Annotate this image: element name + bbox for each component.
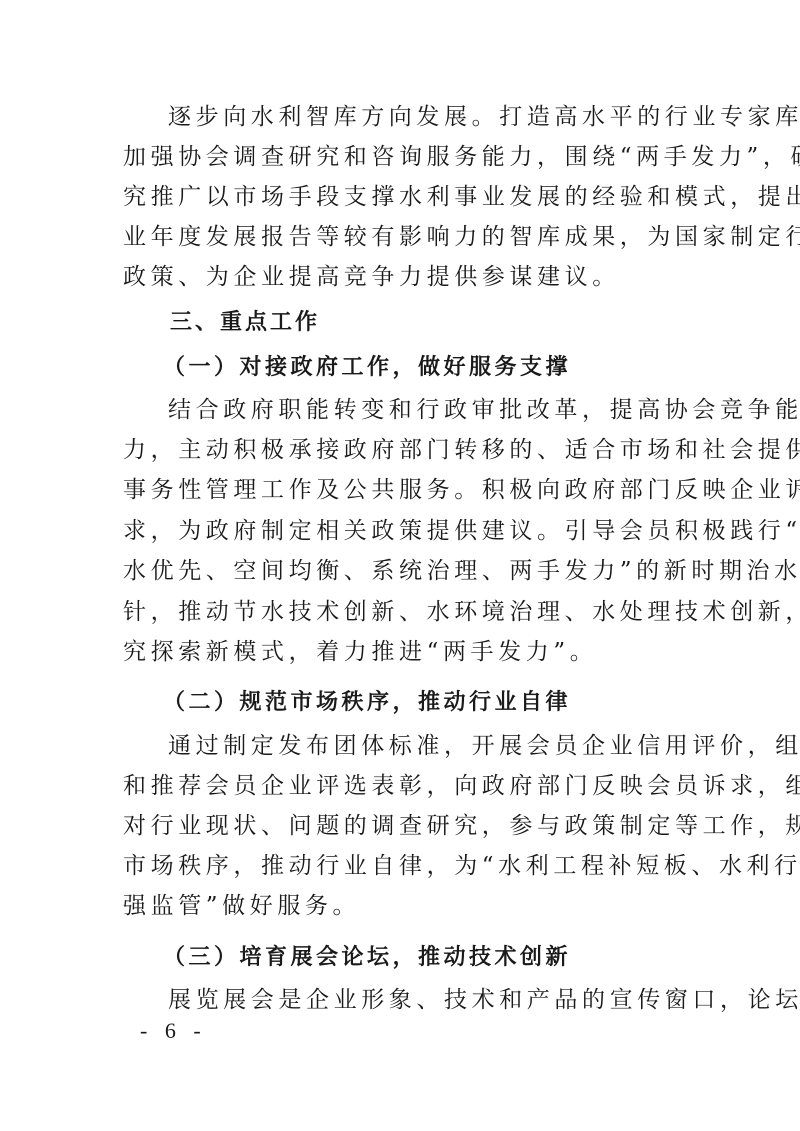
- paragraph-line: 通过制定发布团体标准，开展会员企业信用评价，组织: [168, 732, 683, 760]
- paragraph-line: 对行业现状、问题的调查研究，参与政策制定等工作，规范: [123, 812, 683, 840]
- paragraph-line: 究推广以市场手段支撑水利事业发展的经验和模式，提出行: [123, 183, 683, 211]
- paragraph-line: 针，推动节水技术创新、水环境治理、水处理技术创新，研: [123, 598, 683, 626]
- paragraph-line: 力，主动积极承接政府部门转移的、适合市场和社会提供的: [123, 436, 683, 464]
- paragraph-line: 事务性管理工作及公共服务。积极向政府部门反映企业诉: [123, 476, 683, 504]
- paragraph-line: 求，为政府制定相关政策提供建议。引导会员积极践行“节: [123, 517, 683, 545]
- paragraph-line: 加强协会调查研究和咨询服务能力，围绕“两手发力”，研: [123, 143, 683, 171]
- subsection-title-2: （二）规范市场秩序，推动行业自律: [163, 688, 723, 716]
- paragraph-line: 市场秩序，推动行业自律，为“水利工程补短板、水利行业: [123, 852, 683, 880]
- paragraph-line: 水优先、空间均衡、系统治理、两手发力”的新时期治水方: [123, 557, 683, 585]
- paragraph-line: 究探索新模式，着力推进“两手发力”。: [123, 638, 683, 666]
- paragraph-line: 业年度发展报告等较有影响力的智库成果，为国家制定行业: [123, 223, 683, 251]
- paragraph-line: 和推荐会员企业评选表彰，向政府部门反映会员诉求，组织: [123, 772, 683, 800]
- subsection-title-1: （一）对接政府工作，做好服务支撑: [163, 353, 723, 381]
- paragraph-line: 展览展会是企业形象、技术和产品的宣传窗口，论坛是: [168, 986, 683, 1014]
- paragraph-line: 逐步向水利智库方向发展。打造高水平的行业专家库，: [168, 103, 683, 131]
- page-number: - 6 -: [140, 1017, 207, 1045]
- paragraph-line: 强监管”做好服务。: [123, 892, 683, 920]
- paragraph-line: 政策、为企业提高竞争力提供参谋建议。: [123, 263, 683, 291]
- paragraph-line: 结合政府职能转变和行政审批改革，提高协会竞争能: [168, 396, 683, 424]
- section-heading: 三、重点工作: [170, 309, 730, 337]
- subsection-title-3: （三）培育展会论坛，推动技术创新: [163, 943, 723, 971]
- document-page: 逐步向水利智库方向发展。打造高水平的行业专家库， 加强协会调查研究和咨询服务能力…: [0, 0, 800, 1131]
